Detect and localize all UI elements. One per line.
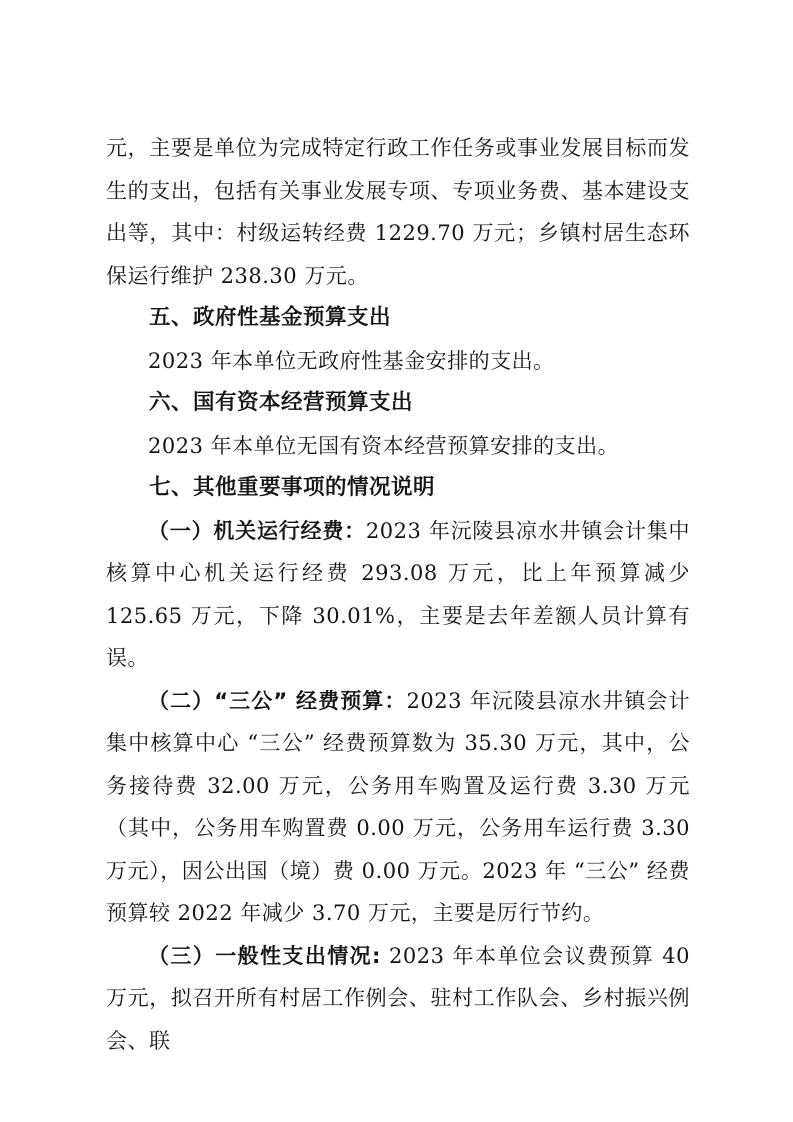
paragraph-item-2-text: 2023 年沅陵县凉水井镇会计集中核算中心 “三公” 经费预算数为 35.30 …: [106, 689, 690, 926]
section-heading-7: 七、其他重要事项的情况说明: [106, 467, 690, 510]
section-heading-6: 六、国有资本经营预算支出: [106, 382, 690, 425]
paragraph-item-3: （三）一般性支出情况: 2023 年本单位会议费预算 40 万元，拟召开所有村居…: [106, 935, 690, 1063]
document-page: 元，主要是单位为完成特定行政工作任务或事业发展目标而发生的支出，包括有关事业发展…: [0, 0, 793, 1122]
paragraph-continuation: 元，主要是单位为完成特定行政工作任务或事业发展目标而发生的支出，包括有关事业发展…: [106, 127, 690, 297]
paragraph-section-5: 2023 年本单位无政府性基金安排的支出。: [106, 340, 690, 383]
paragraph-item-1: （一）机关运行经费：2023 年沅陵县凉水井镇会计集中核算中心机关运行经费 29…: [106, 510, 690, 680]
paragraph-item-2-lead: （二）“三公” 经费预算：: [148, 689, 406, 713]
paragraph-item-1-lead: （一）机关运行经费：: [148, 519, 366, 543]
section-heading-5: 五、政府性基金预算支出: [106, 297, 690, 340]
paragraph-item-3-lead: （三）一般性支出情况:: [148, 944, 381, 968]
paragraph-section-6: 2023 年本单位无国有资本经营预算安排的支出。: [106, 425, 690, 468]
paragraph-item-2: （二）“三公” 经费预算：2023 年沅陵县凉水井镇会计集中核算中心 “三公” …: [106, 680, 690, 935]
